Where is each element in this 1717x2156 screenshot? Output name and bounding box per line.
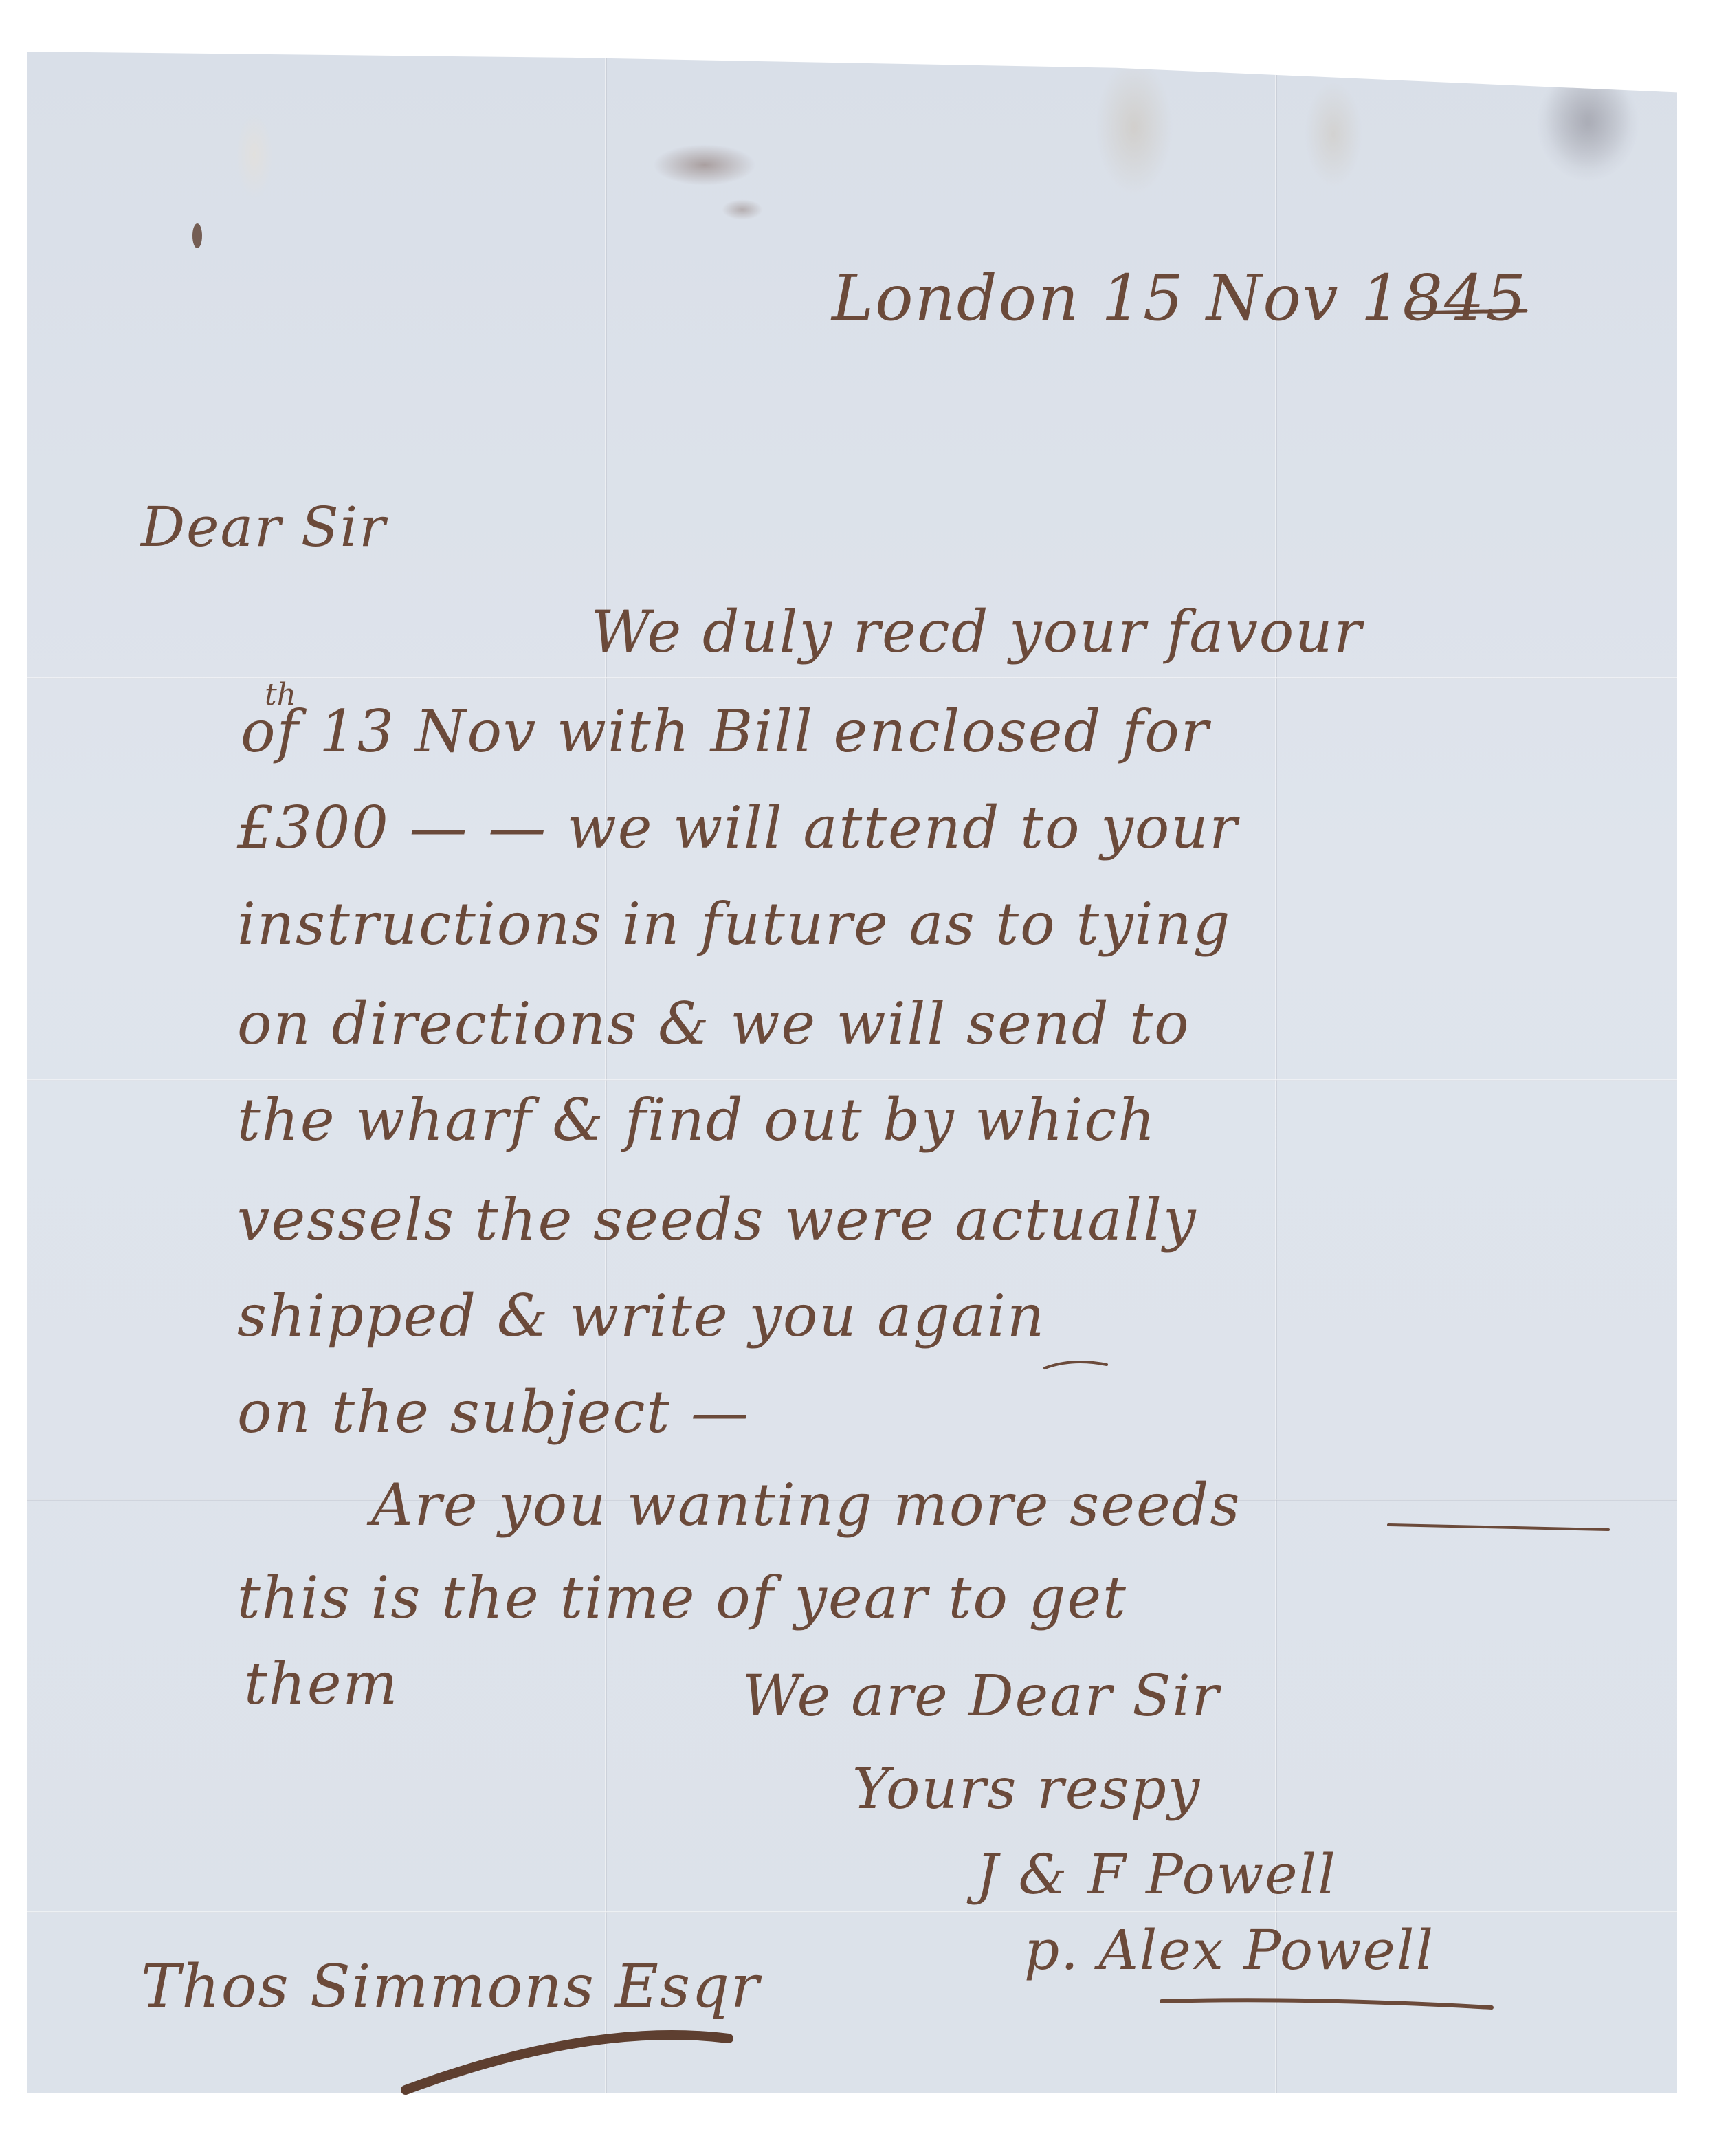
ink-smudge [722,199,763,220]
letter-dateline: London 15 Nov 1845 [832,261,1527,335]
letter-body-line: this is the time of year to get [237,1564,1127,1631]
signature-individual: p. Alex Powell [1024,1918,1434,1982]
letter-body-line: of 13 Nov with Bill enclosed for [241,698,1210,765]
letter-body-line: on directions & we will send to [237,990,1190,1057]
letter-body-line: on the subject — [237,1378,750,1446]
letter-salutation: Dear Sir [141,495,386,559]
fold-line-horizontal [27,1911,1677,1913]
letter-body-line: them [244,1650,399,1717]
fold-line-vertical [1275,52,1277,2093]
letter-body-line: We duly recd your favour [591,598,1363,665]
ink-smudge [653,144,756,186]
ink-blot [192,223,202,248]
letter-body-line: vessels the seeds were actually [237,1186,1197,1253]
letter-body-line: shipped & write you again [237,1282,1045,1350]
letter-body-line: £300 — — we will attend to your [237,794,1239,861]
letter-body-line: instructions in future as to tying [237,890,1231,958]
wax-seal-stain [1536,65,1639,182]
letter-body-line: Are you wanting more seeds [371,1471,1241,1539]
letter-body-line: the wharf & find out by which [237,1086,1156,1154]
letter-closing: Yours respy [852,1757,1201,1822]
letter-closing: We are Dear Sir [742,1664,1220,1729]
fold-line-horizontal [27,1079,1677,1081]
fold-line-vertical [605,52,607,2093]
signature-firm: J & F Powell [976,1842,1337,1906]
letter-addressee: Thos Simmons Esqr [141,1952,760,2021]
